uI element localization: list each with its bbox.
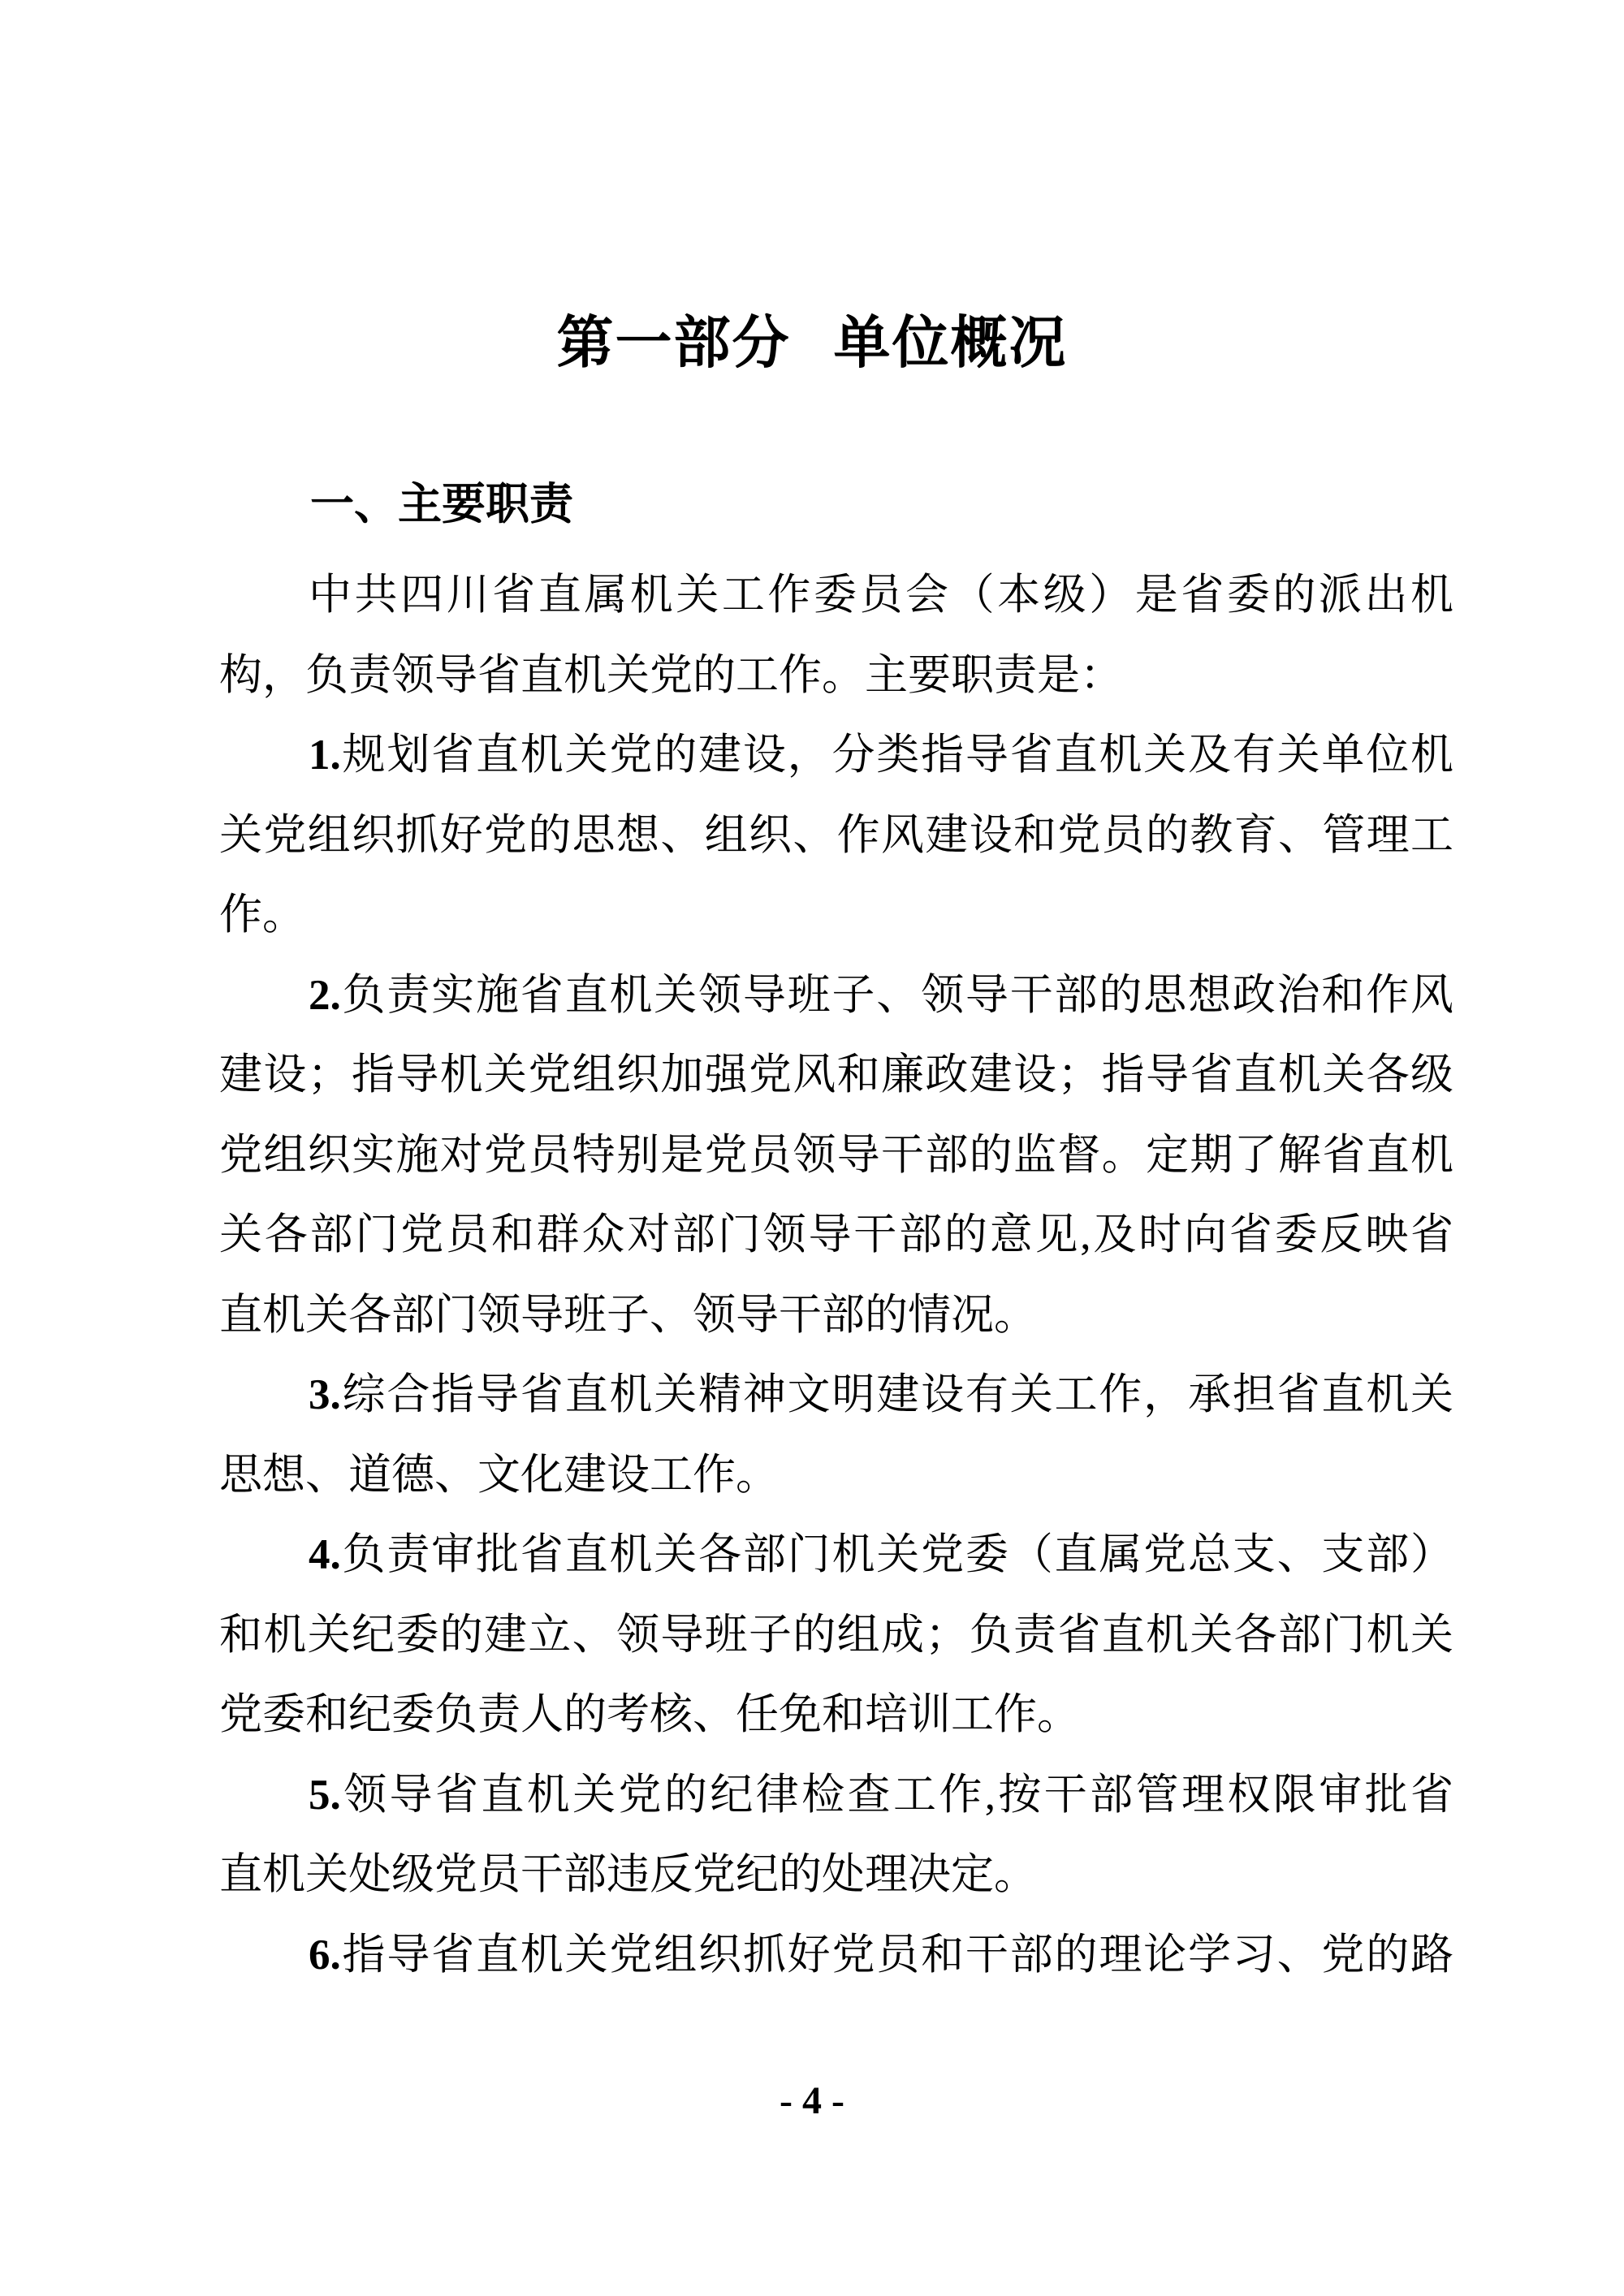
- line-text: 思想、道德、文化建设工作。: [219, 1452, 779, 1499]
- line-text: 党组织实施对党员特别是党员领导干部的监督。定期了解省直机: [219, 1132, 1453, 1179]
- text-line: 直机关处级党员干部违反党纪的处理决定。: [219, 1835, 1453, 1915]
- line-text: 指导省直机关党组织抓好党员和干部的理论学习、党的路: [341, 1931, 1453, 1979]
- text-line: 3.综合指导省直机关精神文明建设有关工作，承担省直机关: [219, 1355, 1453, 1435]
- line-text: 负责实施省直机关领导班子、领导干部的思想政治和作风: [341, 972, 1453, 1019]
- list-number: 5.: [309, 1772, 341, 1819]
- text-line: 6.指导省直机关党组织抓好党员和干部的理论学习、党的路: [219, 1915, 1453, 1996]
- line-text: 关党组织抓好党的思想、组织、作风建设和党员的教育、管理工: [219, 812, 1453, 859]
- line-text: 构，负责领导省直机关党的工作。主要职责是：: [219, 652, 1123, 699]
- line-text: 关各部门党员和群众对部门领导干部的意见,及时向省委反映省: [219, 1211, 1453, 1258]
- text-line: 思想、道德、文化建设工作。: [219, 1435, 1453, 1516]
- list-number: 6.: [309, 1931, 341, 1979]
- page-title: 第一部分 单位概况: [0, 302, 1624, 383]
- text-line: 关党组织抓好党的思想、组织、作风建设和党员的教育、管理工: [219, 796, 1453, 876]
- page-number: - 4 -: [0, 2075, 1624, 2127]
- text-line: 中共四川省直属机关工作委员会（本级）是省委的派出机: [219, 555, 1453, 636]
- text-line: 4.负责审批省直机关各部门机关党委（直属党总支、支部）: [219, 1515, 1453, 1595]
- section-heading: 一、主要职责: [219, 468, 573, 541]
- text-line: 和机关纪委的建立、领导班子的组成；负责省直机关各部门机关: [219, 1595, 1453, 1676]
- line-text: 领导省直机关党的纪律检查工作,按干部管理权限审批省: [341, 1772, 1453, 1819]
- document-page: 第一部分 单位概况 一、主要职责 中共四川省直属机关工作委员会（本级）是省委的派…: [0, 0, 1624, 2296]
- line-text: 直机关各部门领导班子、领导干部的情况。: [219, 1292, 1037, 1339]
- text-line: 建设；指导机关党组织加强党风和廉政建设；指导省直机关各级: [219, 1035, 1453, 1116]
- line-text: 规划省直机关党的建设，分类指导省直机关及有关单位机: [341, 732, 1453, 779]
- text-line: 构，负责领导省直机关党的工作。主要职责是：: [219, 636, 1453, 716]
- list-number: 4.: [309, 1531, 341, 1578]
- text-line: 作。: [219, 875, 1453, 956]
- text-line: 党委和纪委负责人的考核、任免和培训工作。: [219, 1675, 1453, 1755]
- text-line: 关各部门党员和群众对部门领导干部的意见,及时向省委反映省: [219, 1195, 1453, 1275]
- text-line: 1.规划省直机关党的建设，分类指导省直机关及有关单位机: [219, 715, 1453, 796]
- line-text: 和机关纪委的建立、领导班子的组成；负责省直机关各部门机关: [219, 1612, 1453, 1659]
- list-number: 3.: [309, 1371, 341, 1418]
- line-text: 建设；指导机关党组织加强党风和廉政建设；指导省直机关各级: [219, 1051, 1453, 1098]
- line-text: 负责审批省直机关各部门机关党委（直属党总支、支部）: [341, 1531, 1453, 1578]
- line-text: 中共四川省直属机关工作委员会（本级）是省委的派出机: [309, 572, 1453, 619]
- body-text: 中共四川省直属机关工作委员会（本级）是省委的派出机 构，负责领导省直机关党的工作…: [219, 555, 1453, 1995]
- text-line: 直机关各部门领导班子、领导干部的情况。: [219, 1275, 1453, 1356]
- list-number: 2.: [309, 972, 341, 1019]
- line-text: 作。: [219, 891, 305, 939]
- text-line: 2.负责实施省直机关领导班子、领导干部的思想政治和作风: [219, 956, 1453, 1036]
- line-text: 党委和纪委负责人的考核、任免和培训工作。: [219, 1691, 1080, 1738]
- list-number: 1.: [309, 732, 341, 779]
- text-line: 5.领导省直机关党的纪律检查工作,按干部管理权限审批省: [219, 1755, 1453, 1836]
- text-line: 党组织实施对党员特别是党员领导干部的监督。定期了解省直机: [219, 1116, 1453, 1196]
- line-text: 综合指导省直机关精神文明建设有关工作，承担省直机关: [341, 1371, 1453, 1418]
- line-text: 直机关处级党员干部违反党纪的处理决定。: [219, 1851, 1037, 1898]
